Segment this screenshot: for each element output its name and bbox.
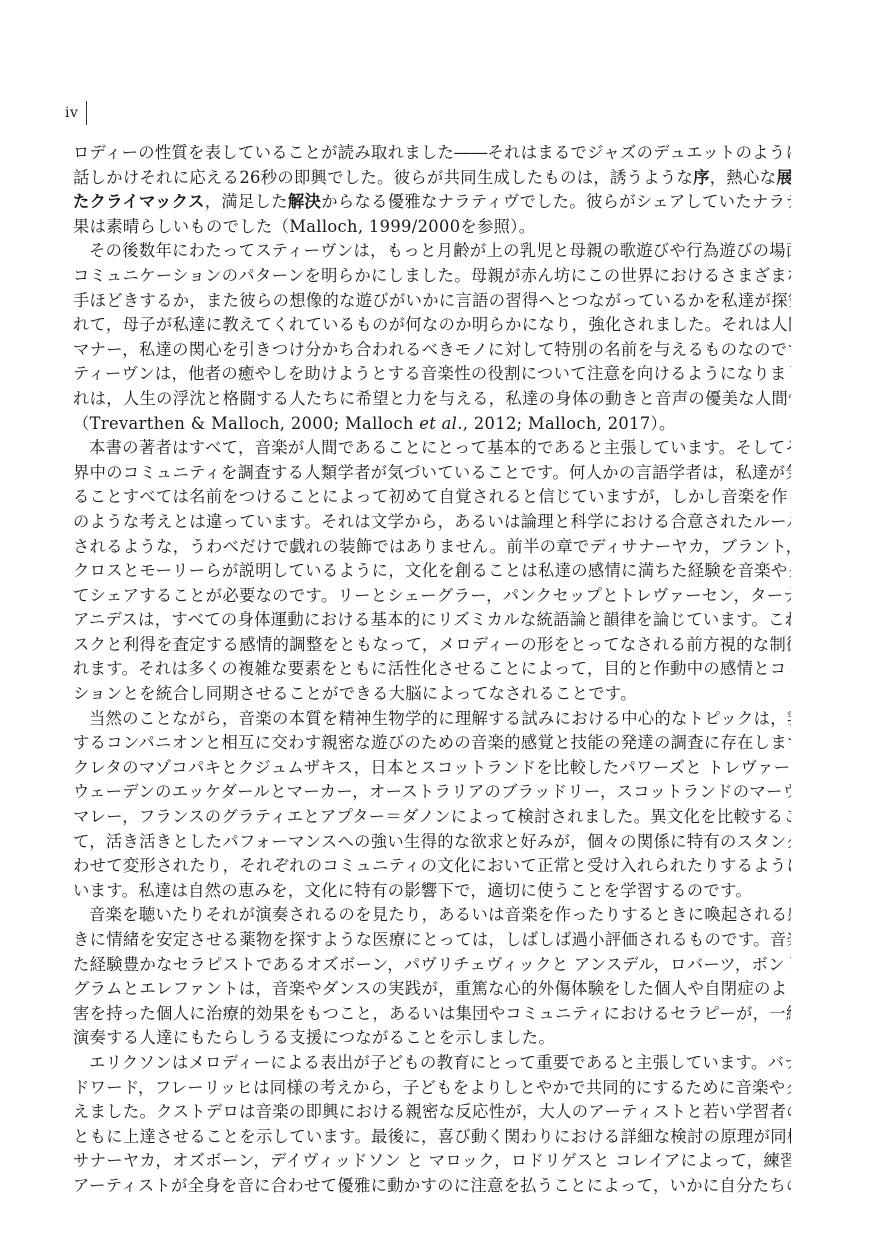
body-text: ロディーの性質を表していることが読み取れました――それはまるでジャズのデュエット… <box>73 141 791 1199</box>
text-line: ることすべては名前をつけることによって初めて自覚されると信じていますが，しかし音… <box>73 485 791 510</box>
text-line: きに情緒を安定させる薬物を探すような医療にとっては，しばしば過小評価されるもので… <box>73 928 791 953</box>
paragraph-4: 当然のことながら，音楽の本質を精神生物学的に理解する試みにおける中心的なトピック… <box>73 707 791 904</box>
text-line: アニデスは，すべての身体運動における基本的にリズミカルな統語論と韻律を論じていま… <box>73 608 791 633</box>
paragraph-1: ロディーの性質を表していることが読み取れました――それはまるでジャズのデュエット… <box>73 141 791 239</box>
text-line: グラムとエレファントは，音楽やダンスの実践が，重篤な心的外傷体験をした個人や自閉… <box>73 977 791 1002</box>
text-line: れます。それは多くの複雑な要素をともに活性化させることによって，目的と作動中の感… <box>73 657 791 682</box>
page-number: iv <box>65 105 78 121</box>
running-header: iv <box>65 101 87 125</box>
text-line: のような考えとは違っています。それは文学から，あるいは論理と科学における合意され… <box>73 510 791 535</box>
text-line: 演奏する人達にもたらしうる支援につながることを示しました。 <box>73 1026 791 1051</box>
text-line: スクと利得を査定する感情的調整をともなって，メロディーの形をとってなされる前方視… <box>73 633 791 658</box>
text-line: マレー，フランスのグラティエとアプター＝ダノンによって検討されました。異文化を比… <box>73 805 791 830</box>
text-line: えました。クストデロは音楽の即興における親密な反応性が，大人のアーティストと若い… <box>73 1100 791 1125</box>
text-line: れは，人生の浮沈と格闘する人たちに希望と力を与える，私達の身体の動きと音声の優美… <box>73 387 791 412</box>
paragraph-5: 音楽を聴いたりそれが演奏されるのを見たり，あるいは音楽を作ったりするときに喚起さ… <box>73 903 791 1051</box>
text-line: アーティストが全身を音に合わせて優雅に動かすのに注意を払うことによって，いかに自… <box>73 1174 791 1199</box>
header-rule <box>86 101 87 125</box>
document-page: iv ロディーの性質を表していることが読み取れました――それはまるでジャズのデュ… <box>0 0 874 1236</box>
text-line: てシェアすることが必要なのです。リーとシェーグラー，パンクセップとトレヴァーセン… <box>73 584 791 609</box>
text-line: わせて変形されたり，それぞれのコミュニティの文化において正常と受け入れられたりす… <box>73 854 791 879</box>
text-line: たクライマックス，満足した解決からなる優雅なナラティヴでした。彼らがシェアしてい… <box>73 190 791 215</box>
text-line: 話しかけそれに応える26秒の即興でした。彼らが共同生成したものは，誘うような序，… <box>73 166 791 191</box>
text-line: クロスとモーリーらが説明しているように，文化を創ることは私達の感情に満ちた経験を… <box>73 559 791 584</box>
paragraph-2: その後数年にわたってスティーヴンは，もっと月齢が上の乳児と母親の歌遊びや行為遊び… <box>73 239 791 436</box>
text-line: コミュニケーションのパターンを明らかにしました。母親が赤ん坊にこの世界におけるさ… <box>73 264 791 289</box>
bold-term: 展開 <box>776 168 791 187</box>
italic-et-al: et al. <box>419 414 463 433</box>
text-line: た経験豊かなセラピストであるオズボーン，パヴリチェヴィックと アンスデル，ロバー… <box>73 953 791 978</box>
paragraph-3: 本書の著者はすべて，音楽が人間であることにとって基本的であると主張しています。そ… <box>73 436 791 707</box>
text-line: ウェーデンのエッケダールとマーカー，オーストラリアのブラッドリー，スコットランド… <box>73 780 791 805</box>
text-line: 本書の著者はすべて，音楽が人間であることにとって基本的であると主張しています。そ… <box>73 436 791 461</box>
text-line: て，活き活きとしたパフォーマンスへの強い生得的な欲求と好みが，個々の関係に特有の… <box>73 830 791 855</box>
text-line: 当然のことながら，音楽の本質を精神生物学的に理解する試みにおける中心的なトピック… <box>73 707 791 732</box>
text-line: するコンパニオンと相互に交わす親密な遊びのための音楽的感覚と技能の発達の調査に存… <box>73 731 791 756</box>
text-line: ティーヴンは，他者の癒やしを助けようとする音楽性の役割について注意を向けるように… <box>73 362 791 387</box>
text-line: 界中のコミュニティを調査する人類学者が気づいていることです。何人かの言語学者は，… <box>73 461 791 486</box>
text-line: エリクソンはメロディーによる表出が子どもの教育にとって重要であると主張しています… <box>73 1051 791 1076</box>
text-line: ドワード，フレーリッヒは同様の考えから，子どもをよりしとやかで共同的にするために… <box>73 1076 791 1101</box>
text-line: 音楽を聴いたりそれが演奏されるのを見たり，あるいは音楽を作ったりするときに喚起さ… <box>73 903 791 928</box>
text-line: 果は素晴らしいものでした（Malloch, 1999/2000を参照）。 <box>73 215 791 240</box>
bold-term: たクライマックス <box>73 192 205 211</box>
text-line: ションとを統合し同期させることができる大脳によってなされることです。 <box>73 682 791 707</box>
text-line: されるような，うわべだけで戯れの装飾ではありません。前半の章でディサナーヤカ，ブ… <box>73 535 791 560</box>
citation-line: （Trevarthen & Malloch, 2000; Malloch et … <box>73 412 791 437</box>
paragraph-6: エリクソンはメロディーによる表出が子どもの教育にとって重要であると主張しています… <box>73 1051 791 1199</box>
text-line: 害を持った個人に治療的効果をもつこと，あるいは集団やコミュニティにおけるセラピー… <box>73 1002 791 1027</box>
text-line: 手ほどきするか，また彼らの想像的な遊びがいかに言語の習得へとつながっているかを私… <box>73 289 791 314</box>
text-line: ともに上達させることを示しています。最後に，喜び動く関わりにおける詳細な検討の原… <box>73 1125 791 1150</box>
bold-term: 序 <box>693 168 710 187</box>
text-line: います。私達は自然の恵みを，文化に特有の影響下で，適切に使うことを学習するのです… <box>73 879 791 904</box>
bold-term: 解決 <box>288 192 321 211</box>
text-line: ロディーの性質を表していることが読み取れました――それはまるでジャズのデュエット… <box>73 141 791 166</box>
text-line: クレタのマゾコパキとクジュムザキス，日本とスコットランドを比較したパワーズと ト… <box>73 756 791 781</box>
text-line: れて，母子が私達に教えてくれているものが何なのか明らかになり，強化されました。そ… <box>73 313 791 338</box>
text-line: その後数年にわたってスティーヴンは，もっと月齢が上の乳児と母親の歌遊びや行為遊び… <box>73 239 791 264</box>
text-line: マナー，私達の関心を引きつけ分かち合われるべきモノに対して特別の名前を与えるもの… <box>73 338 791 363</box>
text-line: サナーヤカ，オズボーン，デイヴィッドソン と マロック，ロドリゲスと コレイアに… <box>73 1149 791 1174</box>
